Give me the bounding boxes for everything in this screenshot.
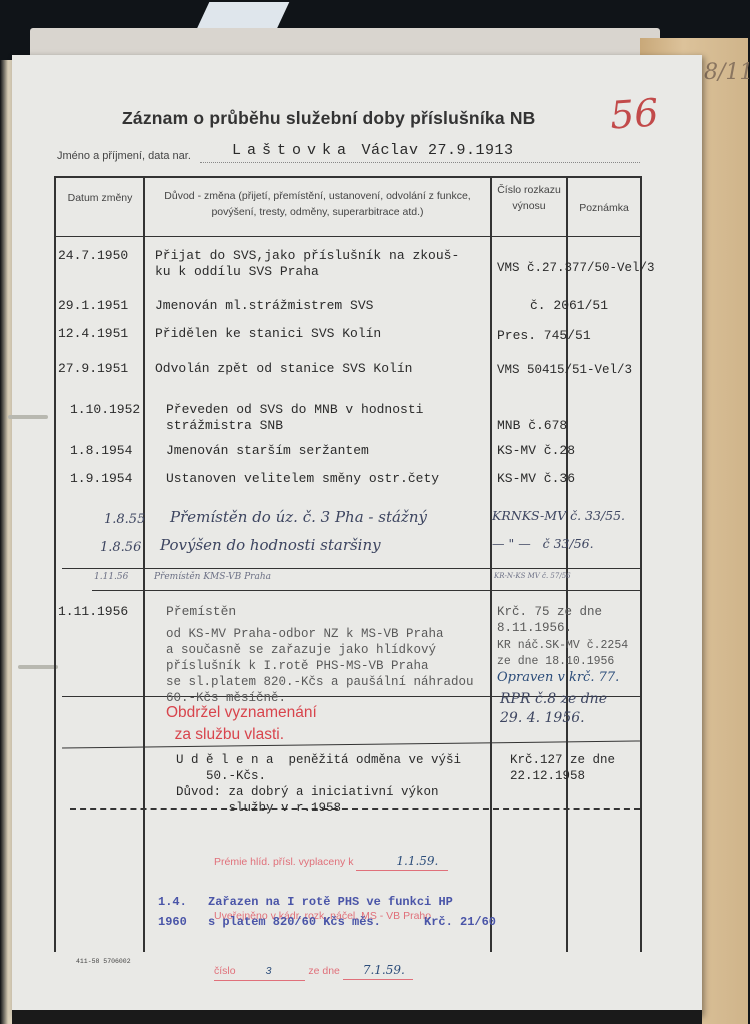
binding-ring-icon [18,665,58,669]
header-date: Datum změny [60,190,140,206]
blue-entry-date: 1.4. 1960 [158,892,187,932]
given-name-birthdate: Václav 27.9.1913 [362,142,514,159]
row-reason: Převeden od SVS do MNB v hodnosti strážm… [166,402,423,434]
transfer-body: od KS-MV Praha-odbor NZ k MS-VB Praha a … [166,626,474,706]
page-number-handwritten: 56 [609,90,660,137]
transfer-correction: Opraven v krč. 77. [497,670,619,685]
handwritten-date: 1.8.56 [100,540,141,555]
handwritten-date: 1.8.55 [104,512,145,527]
handwritten-reason: Přemístěn do úz. č. 3 Pha - stážný [170,508,427,526]
table-border-right [640,176,642,952]
form-code: 411-58 5706002 [76,958,131,965]
row-reason: Odvolán zpět od stanice SVS Kolín [155,361,412,377]
column-divider-reason [490,176,492,952]
row-divider [62,568,642,569]
blue-entry-order: Krč. 21/60 [424,912,496,932]
header-note: Poznámka [568,200,640,216]
row-date: 1.9.1954 [70,471,132,487]
award-stamp: Obdržel vyznamenání za službu vlasti. [166,702,317,746]
name-value: Laštovka Václav 27.9.1913 [232,142,514,159]
row-order: MNB č.678 [497,418,567,434]
column-divider-order [566,176,568,952]
handwritten-order: — " — č 33/56. [492,536,594,551]
handwritten-date: 1.11.56 [94,572,128,582]
row-date: 1.8.1954 [70,443,132,459]
stamp-line-1: Prémie hlíd. přísl. vyplaceny k 1.1.59. [214,852,448,871]
row-order: KS-MV č.36 [497,471,575,487]
row-reason: Ustanoven velitelem směny ostr.čety [166,471,439,487]
header-reason: Důvod - změna (přijetí, přemístění, usta… [150,188,485,220]
row-order: Pres. 745/51 [497,328,591,344]
stamp-line-3: číslo3 ze dne 7.1.59. [214,961,448,981]
stamp-number: 3 [236,962,306,981]
award-order: RPR č.8 ze dne 29. 4. 1956. [500,690,607,728]
stamp-paid-date: 1.1.59. [356,852,448,871]
row-date: 1.10.1952 [70,402,140,418]
row-order: VMS 50415/51-Vel/3 [497,362,632,378]
bonus-text: U d ě l e n a peněžitá odměna ve výši 50… [176,752,461,816]
row-divider [92,590,642,591]
blue-entry-text: Zařazen na I rotě PHS ve funkci HP s pla… [208,892,453,932]
row-date: 12.4.1951 [58,326,128,342]
transfer-date: 1.11.1956 [58,604,128,620]
transfer-heading: Přemístěn [166,604,236,620]
row-reason: Přidělen ke stanici SVS Kolín [155,326,381,342]
handwritten-reason: Přemístěn KMS-VB Praha [154,572,271,582]
row-reason: Jmenován starším seržantem [166,443,369,459]
background-bottom [12,1010,702,1024]
table-border-left [54,176,56,952]
column-divider-date [143,176,145,952]
transfer-order: Krč. 75 ze dne 8.11.1956. [497,604,602,636]
header-divider [54,236,642,237]
row-reason: Jmenován ml.strážmistrem SVS [155,298,373,314]
handwritten-order: KRNKS-MV č. 33/55. [492,508,625,523]
row-order: č. 2061/51 [530,298,608,314]
row-reason: Přijat do SVS,jako příslušník na zkouš- … [155,248,459,280]
header-order-number: Číslo rozkazu výnosu [496,182,562,214]
stamp-date: 7.1.59. [343,961,413,980]
row-order: VMS č.27.377/50-Vel/3 [497,260,655,276]
document-title: Záznam o průběhu služební doby příslušní… [122,108,536,129]
binding-ring-icon [8,415,48,419]
surname: Laštovka [232,142,352,159]
row-date: 24.7.1950 [58,248,128,264]
transfer-order-2: KR náč.SK-MV č.2254 ze dne 18.10.1956 [497,638,628,670]
bonus-order: Krč.127 ze dne 22.12.1958 [510,752,615,784]
name-dotted-line [200,162,640,163]
handwritten-reason: Povýšen do hodnosti staršiny [160,536,381,554]
row-date: 29.1.1951 [58,298,128,314]
row-order: KS-MV č.28 [497,443,575,459]
name-label: Jméno a příjmení, data nar. [57,150,191,162]
handwritten-order: KR-N-KS MV č. 57/56 [494,572,571,580]
row-date: 27.9.1951 [58,361,128,377]
